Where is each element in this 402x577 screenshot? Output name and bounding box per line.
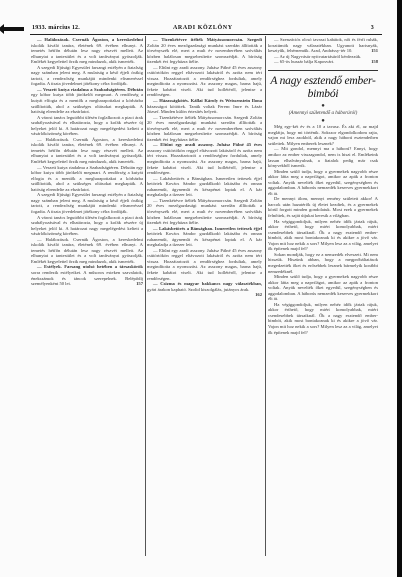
news-item-text: — Halálozások. Csernák Ágoston, a keresk… <box>31 237 143 264</box>
news-item: — Csizma és magyar bakkancs nagy választ… <box>147 281 262 292</box>
news-item: — Lakásbetörés a Bánságban. Ismeretlen t… <box>147 226 262 248</box>
classified-item: — Szenzációs olcsó tavaszi kabátok, női … <box>268 37 378 54</box>
ref-number: 157 <box>130 281 143 287</box>
news-item: — Veszett kutya riadalma a Szabadságtére… <box>31 165 143 193</box>
news-item-text: — Halálozások. Csernák Ágoston, a keresk… <box>31 37 143 64</box>
news-item: — Tizenkétévre ítélték Mátyássomorcsán. … <box>147 37 262 65</box>
header-page-number: 3 <box>371 25 374 31</box>
classified-text: — 65-ös huszár bálja Kaposvárt. <box>274 59 334 64</box>
article-paragraph: Ha végiggondoljuk, milyen nehéz idők jár… <box>268 302 378 335</box>
article-paragraph: — Mit gondol, mennyi ma a háború? Ennyi,… <box>268 146 378 168</box>
news-item: A szegedi Ifjúsági Egyesület farsangi es… <box>31 192 143 214</box>
ref-number: 162 <box>249 292 262 298</box>
news-item: A városi tanács legutóbbi ülésén foglalk… <box>31 215 143 237</box>
article-paragraph: Még egy-két év és a 10 a tavasz. És aki … <box>268 124 378 146</box>
article-paragraph: Minden szülő tudja, hogy a gyermekek nag… <box>268 169 378 197</box>
header-rule <box>30 34 382 35</box>
article-subhead: (Amennyi születendő a háborúról) <box>268 111 378 117</box>
ref-number: 151 <box>365 48 378 54</box>
column-1: — Halálozások. Csernák Ágoston, a keresk… <box>31 37 143 559</box>
column-2: — Tizenkétévre ítélték Mátyássomorcsán. … <box>147 37 262 557</box>
news-item-text: — Tizenkétévre ítélték Mátyássomorcsán. … <box>147 115 262 142</box>
classified-item: — 65-ös huszár bálja Kaposvárt. 158 <box>268 59 378 65</box>
article-paragraph: De mennyi álom, mennyi remény született … <box>268 196 378 218</box>
news-item-text: — Lakásbetörés a Bánságban. Ismeretlen t… <box>147 176 262 198</box>
news-item: — Tizenkétévre ítélték Mátyássomorcsán. … <box>147 198 262 226</box>
news-item-text: — Eltűnt egy aradi asszony. Juhász Pálné… <box>147 142 262 175</box>
header-masthead: ARADI KÖZLÖNY <box>173 25 233 31</box>
news-item-text: — Lakásbetörés a Bánságban. Ismeretlen t… <box>147 226 262 248</box>
bullet-ornament: ● <box>268 103 378 109</box>
article-paragraph: Sokan mondják, hogy ez a nemzedék elvesz… <box>268 252 378 274</box>
news-item: A szegedi Ifjúsági Egyesület farsangi es… <box>31 65 143 87</box>
margin-arrow-mark <box>2 27 24 31</box>
news-item: — Tizenkétévre ítélték Mátyássomorcsán. … <box>147 115 262 143</box>
news-item-text: — Veszett kutya riadalma a Szabadságtére… <box>31 165 143 192</box>
header-date: 1933. március 12. <box>32 25 80 31</box>
news-item-text: — Tizenkétévre ítélték Mátyássomorcsán. … <box>147 198 262 225</box>
newspaper-page: 1933. március 12. ARADI KÖZLÖNY 3 — Halá… <box>0 0 402 577</box>
news-item-text: — Estélyek. Farsang utolsó hetében a tár… <box>31 264 143 286</box>
news-item: A városi tanács legutóbbi ülésén foglalk… <box>31 115 143 137</box>
news-item-text: — Eltűnt egy aradi asszony. Juhász Pálné… <box>147 248 262 281</box>
news-item-text: — Házasságkötés. Kállai Károly és Weisse… <box>147 98 262 114</box>
news-item-text: — Tizenkétévre ítélték Mátyássomorcsán. … <box>147 37 262 64</box>
article-paragraph: Ha végiggondoljuk, milyen nehéz idők jár… <box>268 219 378 252</box>
news-item: — Veszett kutya riadalma a Szabadságtére… <box>31 87 143 115</box>
news-item-text: — Eltűnt egy aradi asszony. Juhász Pálné… <box>147 65 262 98</box>
article-headline: A nagy esztendő ember-bimbói <box>268 70 378 101</box>
news-item: — Estélyek. Farsang utolsó hetében a tár… <box>31 264 143 286</box>
news-item-text: A városi tanács legutóbbi ülésén foglalk… <box>31 215 143 237</box>
article-paragraph: Minden szülő tudja, hogy a gyermekek nag… <box>268 274 378 302</box>
column-3: — Szenzációs olcsó tavaszi kabátok, női … <box>268 37 378 557</box>
news-item: — Eltűnt egy aradi asszony. Juhász Pálné… <box>147 142 262 175</box>
news-item-text: — Veszett kutya riadalma a Szabadságtére… <box>31 87 143 114</box>
column-divider <box>265 36 266 556</box>
news-item-text: — Csizma és magyar bakkancs nagy választ… <box>147 281 262 292</box>
news-item: — Lakásbetörés a Bánságban. Ismeretlen t… <box>147 176 262 198</box>
news-item: — Halálozások. Csernák Ágoston, a keresk… <box>31 37 143 65</box>
column-divider <box>145 36 146 556</box>
classified-text: — Az új Nagyvásár nyitvatartásáról kérde… <box>274 54 361 59</box>
scan-edge-border <box>397 0 402 577</box>
classified-text: — Szenzációs olcsó tavaszi kabátok, női … <box>268 37 378 53</box>
news-item-text: — Halálozások. Csernák Ágoston, a keresk… <box>31 137 143 164</box>
news-item-text: A szegedi Ifjúsági Egyesület farsangi es… <box>31 192 143 214</box>
news-item: — Halálozások. Csernák Ágoston, a keresk… <box>31 237 143 265</box>
news-item: — Eltűnt egy aradi asszony. Juhász Pálné… <box>147 248 262 281</box>
news-item: — Házasságkötés. Kállai Károly és Weisse… <box>147 98 262 115</box>
news-item: — Halálozások. Csernák Ágoston, a keresk… <box>31 137 143 165</box>
page-header: 1933. március 12. ARADI KÖZLÖNY 3 <box>30 25 382 34</box>
news-item-text: A városi tanács legutóbbi ülésén foglalk… <box>31 115 143 137</box>
ref-number: 158 <box>365 59 378 65</box>
news-item-text: A szegedi Ifjúsági Egyesület farsangi es… <box>31 65 143 87</box>
news-item: — Eltűnt egy aradi asszony. Juhász Pálné… <box>147 65 262 98</box>
